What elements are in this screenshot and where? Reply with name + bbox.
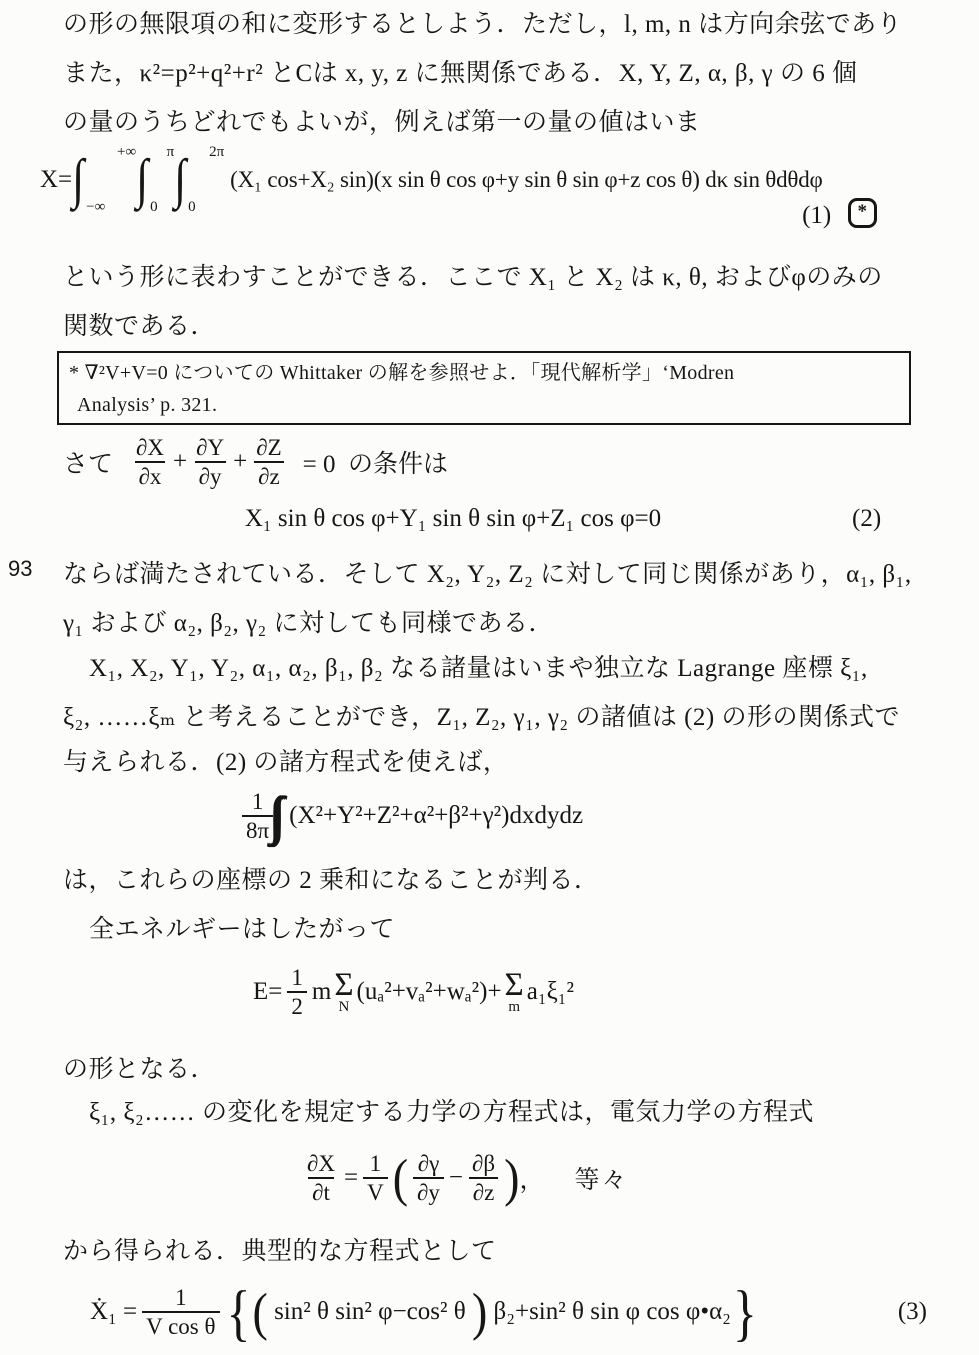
integral-upper-limit: 2π bbox=[209, 144, 224, 161]
fraction: ∂X ∂x bbox=[132, 434, 168, 490]
equation-number: (2) bbox=[852, 505, 881, 533]
paragraph-line: ならば満たされている．そして X₂, Y₂, Z₂ に対して同じ関係があり，α₁… bbox=[63, 558, 912, 592]
footnote-asterisk-box: * bbox=[848, 198, 878, 228]
eq3-lhs: Ẋ₁ = bbox=[90, 1298, 137, 1326]
denominator: ∂y bbox=[413, 1177, 444, 1206]
equation-number: (3) bbox=[898, 1298, 927, 1326]
plus-sign: + bbox=[173, 448, 187, 476]
margin-page-number: 93 bbox=[8, 556, 32, 582]
fraction: 1 V cos θ bbox=[142, 1284, 219, 1340]
numerator: ∂Y bbox=[192, 434, 228, 461]
numerator: 1 bbox=[248, 788, 268, 815]
paragraph-line: は，これらの座標の 2 乗和になることが判る． bbox=[63, 864, 600, 898]
quadratic-sum-integral-equation: 1 8π ∫∫∫ (X²+Y²+Z²+α²+β²+γ²)dxdydz bbox=[237, 779, 583, 853]
denominator: ∂z bbox=[254, 461, 284, 490]
divergence-condition-line: さて ∂X ∂x + ∂Y ∂y + ∂Z ∂z = 0 の条件は bbox=[63, 431, 448, 493]
numerator: 1 bbox=[287, 964, 307, 991]
footnote-line: Analysis’ p. 321. bbox=[69, 389, 899, 421]
fraction: ∂β ∂z bbox=[468, 1150, 499, 1206]
paragraph-line: γ₁ および α₂, β₂, γ₂ に対しても同様である． bbox=[63, 607, 554, 641]
total-energy-equation: E= 1 2 m Σ N (uₐ²+vₐ²+wₐ²)+ Σ m a₁ξ₁² bbox=[253, 951, 574, 1033]
summation-index: m bbox=[508, 1000, 520, 1014]
summation-sign: Σ m bbox=[505, 970, 524, 1014]
electrodynamics-curl-equation: ∂X ∂t = 1 V ( ∂γ ∂y − ∂β ∂z ) ， 等々 bbox=[298, 1136, 628, 1220]
eq1-body: (X₁ cos+X₂ sin)(x sin θ cos φ+y sin θ si… bbox=[230, 167, 822, 193]
fraction: 1 2 bbox=[287, 964, 307, 1020]
line-prefix: さて bbox=[63, 444, 113, 480]
paragraph-line: の形となる． bbox=[63, 1053, 216, 1087]
et-cetera-label: 等々 bbox=[574, 1160, 628, 1196]
summation-index: N bbox=[339, 1000, 350, 1014]
paragraph-line: という形に表わすことができる．ここで X₁ と X₂ は κ, θ, およびφの… bbox=[63, 261, 883, 295]
paragraph-line: ξ₂, ……ξₘ と考えることができ，Z₁, Z₂, γ₁, γ₂ の諸値は (… bbox=[63, 701, 900, 735]
energy-middle-term: (uₐ²+vₐ²+wₐ²)+ bbox=[357, 978, 502, 1006]
energy-tail-term: a₁ξ₁² bbox=[527, 978, 574, 1006]
mass-symbol: m bbox=[312, 978, 331, 1006]
numerator: ∂β bbox=[468, 1150, 499, 1177]
fraction: 1 V bbox=[363, 1150, 388, 1206]
paragraph-line: また，κ²=p²+q²+r² とCは x, y, z に無関係である．X, Y,… bbox=[63, 57, 857, 91]
scanned-book-page: の形の無限項の和に変形するとしよう．ただし，l, m, n は方向余弦であり ま… bbox=[0, 0, 979, 1355]
paragraph-line: の量のうちどれでもよいが，例えば第一の量の値はいま bbox=[63, 106, 701, 140]
denominator: ∂z bbox=[469, 1177, 499, 1206]
denominator: ∂x bbox=[135, 461, 166, 490]
numerator: 1 bbox=[171, 1284, 191, 1311]
comma: ， bbox=[519, 1160, 544, 1196]
denominator: ∂y bbox=[195, 461, 226, 490]
summation-sign: Σ N bbox=[334, 970, 353, 1014]
paragraph-line: 与えられる．(2) の諸方程式を使えば， bbox=[63, 746, 508, 780]
denominator: 8π bbox=[242, 815, 273, 844]
paragraph-line: 関数である． bbox=[63, 310, 216, 344]
plus-sign: + bbox=[233, 448, 247, 476]
eq3-inner-term: sin² θ sin² φ−cos² θ bbox=[268, 1298, 472, 1326]
line-suffix: = 0 の条件は bbox=[303, 444, 448, 480]
paragraph-line: の形の無限項の和に変形するとしよう．ただし，l, m, n は方向余弦であり bbox=[63, 8, 902, 42]
integral-upper-limit: +∞ bbox=[117, 144, 136, 161]
minus-sign: − bbox=[449, 1164, 463, 1192]
fraction: ∂X ∂t bbox=[303, 1150, 339, 1206]
equation-1-number-row: (1) * bbox=[63, 198, 877, 230]
eq3-tail-term: β₂+sin² θ sin φ cos φ•α₂ bbox=[487, 1298, 731, 1326]
footnote-box: * ∇²V+V=0 についての Whittaker の解を参照せよ．「現代解析学… bbox=[57, 351, 911, 425]
denominator: ∂t bbox=[308, 1177, 334, 1206]
numerator: 1 bbox=[366, 1150, 386, 1177]
integral-upper-limit: π bbox=[167, 144, 175, 161]
numerator: ∂X bbox=[303, 1150, 339, 1177]
paragraph-line: X₁, X₂, Y₁, Y₂, α₁, α₂, β₁, β₂ なる諸量はいまや独… bbox=[63, 652, 868, 686]
equation-3: Ẋ₁ = 1 V cos θ { ( sin² θ sin² φ−cos² θ … bbox=[90, 1268, 939, 1355]
fraction: ∂Z ∂z bbox=[252, 434, 285, 490]
denominator: 2 bbox=[287, 991, 307, 1020]
denominator: V bbox=[363, 1177, 388, 1206]
equation-number: (1) bbox=[802, 202, 831, 229]
eq1-lhs: X= bbox=[40, 166, 72, 194]
numerator: ∂γ bbox=[414, 1150, 444, 1177]
numerator: ∂X bbox=[132, 434, 168, 461]
fraction: 1 8π bbox=[242, 788, 273, 844]
equals-sign: = bbox=[344, 1164, 358, 1192]
paragraph-line: ξ₁, ξ₂…… の変化を規定する力学の方程式は，電気力学の方程式 bbox=[63, 1096, 814, 1130]
fraction: ∂γ ∂y bbox=[413, 1150, 444, 1206]
sigma-glyph: Σ bbox=[334, 970, 353, 1000]
equation-2: X₁ sin θ cos φ+Y₁ sin θ sin φ+Z₁ cos φ=0 bbox=[63, 505, 843, 533]
footnote-line: * ∇²V+V=0 についての Whittaker の解を参照せよ．「現代解析学… bbox=[69, 357, 899, 389]
integral-body: (X²+Y²+Z²+α²+β²+γ²)dxdydz bbox=[289, 802, 583, 830]
denominator: V cos θ bbox=[142, 1311, 219, 1340]
paragraph-line: から得られる．典型的な方程式として bbox=[63, 1235, 497, 1269]
sigma-glyph: Σ bbox=[505, 970, 524, 1000]
numerator: ∂Z bbox=[252, 434, 285, 461]
fraction: ∂Y ∂y bbox=[192, 434, 228, 490]
paragraph-line: 全エネルギーはしたがって bbox=[63, 913, 395, 947]
energy-lhs: E= bbox=[253, 978, 282, 1006]
